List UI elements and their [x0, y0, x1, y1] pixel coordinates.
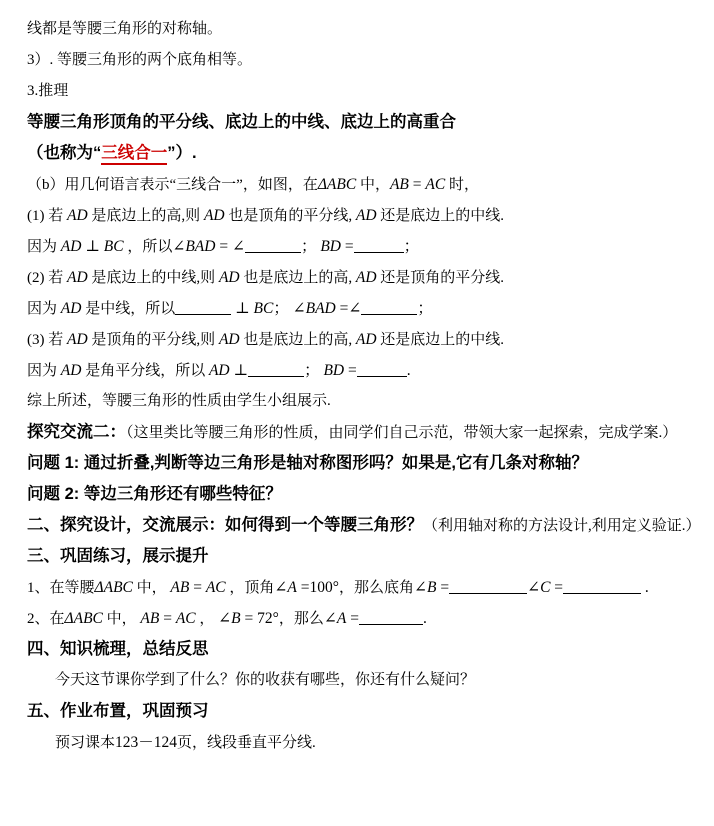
math-number-run: ； [404, 238, 420, 255]
math-variable-run: AD [209, 362, 230, 379]
document-body: 线都是等腰三角形的对称轴。3）. 等腰三角形的两个底角相等。3.推理等腰三角形顶… [27, 14, 704, 758]
line-property-3: 3）. 等腰三角形的两个底角相等。 [27, 45, 704, 76]
line-case-3: (3) 若 AD 是顶角的平分线,则 AD 也是底边上的高, AD 还是底边上的… [27, 324, 704, 355]
bold-heading-run: 二、探究设计，交流展示：如何得到一个等腰三角形？ [27, 516, 423, 534]
math-variable-run: BD [323, 362, 344, 379]
text-run: ，顶角 [226, 580, 275, 596]
text-run: 今天这节课你学到了什么？你的收获有哪些，你还有什么疑问？ [55, 672, 475, 688]
math-number-run: = [341, 238, 354, 255]
text-run: ，那么底角 [339, 580, 414, 596]
math-number-run: ⊥ [81, 238, 103, 255]
text-run: ， [196, 611, 219, 627]
math-number-run: ⊥ [230, 362, 248, 379]
line-case-2-because: 因为 AD 是中线，所以 ⊥ BC； ∠BAD =∠； [27, 293, 704, 324]
math-variable-run: ∠B [414, 579, 436, 596]
text-run: 3）. 等腰三角形的两个底角相等。 [27, 52, 252, 68]
text-run: 因为 [27, 301, 61, 317]
bold-heading-run: 等腰三角形顶角的平分线、底边上的中线、底边上的高重合 [27, 113, 456, 131]
text-run: (1) 若 [27, 208, 67, 224]
math-number-run: = [550, 579, 563, 596]
text-run: 因为 [27, 239, 61, 255]
line-section-3: 三、巩固练习，展示提升 [27, 541, 704, 572]
line-discussion-2: 探究交流二：（这里类比等腰三角形的性质，由同学们自己示范，带领大家一起探索，完成… [27, 417, 704, 448]
text-run: 还是底边上的中线. [377, 332, 505, 348]
text-run: 3.推理 [27, 83, 68, 99]
math-variable-run: AB [170, 579, 189, 596]
math-variable-run: AC [176, 610, 196, 627]
bold-heading-run: （也称为“ [27, 144, 101, 162]
line-geometric-language: （b）用几何语言表示“三线合一”，如图，在ΔABC 中，AB = AC 时， [27, 169, 704, 200]
document-page: 线都是等腰三角形的对称轴。3）. 等腰三角形的两个底角相等。3.推理等腰三角形顶… [0, 0, 714, 826]
line-summary: 综上所述，等腰三角形的性质由学生小组展示. [27, 386, 704, 417]
math-variable-run: ∠A [274, 579, 296, 596]
blank-underline-field [354, 237, 404, 253]
line-section-2: 二、探究设计，交流展示：如何得到一个等腰三角形？（利用轴对称的方法设计,利用定义… [27, 510, 704, 541]
math-number-run: = [159, 610, 176, 627]
line-homework: 预习课本123－124页，线段垂直平分线. [27, 727, 704, 758]
line-three-lines-in-one: （也称为“三线合一”）. [27, 138, 704, 169]
math-number-run: = ∠ [215, 238, 244, 255]
text-run: 中， [356, 177, 390, 193]
math-variable-run: AD [219, 331, 240, 348]
math-number-run: ； [301, 238, 320, 255]
line-case-1-because: 因为 AD ⊥ BC ，所以∠BAD = ∠； BD =； [27, 231, 704, 262]
math-number-run: = [189, 579, 206, 596]
math-variable-run: AB [140, 610, 159, 627]
math-variable-run: BD [320, 238, 341, 255]
math-number-run: . [423, 610, 427, 627]
text-run: (3) 若 [27, 332, 67, 348]
math-variable-run: AD [61, 362, 82, 379]
text-run: （b）用几何语言表示“三线合一”，如图，在 [27, 177, 318, 193]
text-run: 还是顶角的平分线. [377, 270, 505, 286]
math-number-run: . [407, 362, 411, 379]
text-run: 线都是等腰三角形的对称轴。 [27, 21, 222, 37]
text-run: 是角平分线，所以 [81, 363, 209, 379]
text-run: 中， [133, 580, 171, 596]
math-variable-run: AD [356, 331, 377, 348]
line-case-3-because: 因为 AD 是角平分线，所以 AD ⊥； BD =. [27, 355, 704, 386]
math-number-run: = [344, 362, 357, 379]
text-run: 也是底边上的高, [240, 332, 356, 348]
text-run: 也是底边上的高, [240, 270, 356, 286]
line-exercise-1: 1、在等腰ΔABC 中， AB = AC ，顶角∠A =100°，那么底角∠B … [27, 572, 704, 603]
math-variable-run: ∠A [324, 610, 346, 627]
math-variable-run: ∠BAD [293, 300, 336, 317]
math-number-run: ⊥ [231, 300, 253, 317]
math-number-run: ； [304, 362, 323, 379]
text-run: 也是顶角的平分线, [225, 208, 356, 224]
math-variable-run: AC [206, 579, 226, 596]
math-variable-run: AD [61, 300, 82, 317]
line-exercise-2: 2、在ΔABC 中， AB = AC ， ∠B = 72°，那么∠A =. [27, 603, 704, 634]
bold-heading-run: 五、作业布置，巩固预习 [27, 702, 209, 720]
line-case-1: (1) 若 AD 是底边上的高,则 AD 也是顶角的平分线, AD 还是底边上的… [27, 200, 704, 231]
line-section-5: 五、作业布置，巩固预习 [27, 696, 704, 727]
text-run: 预习课本 [55, 735, 115, 751]
line-symmetry-axis-tail: 线都是等腰三角形的对称轴。 [27, 14, 704, 45]
bold-heading-run: 三、巩固练习，展示提升 [27, 547, 209, 565]
math-variable-run: BC [254, 300, 274, 317]
blank-underline-field [248, 361, 304, 377]
math-variable-run: ΔABC [95, 579, 133, 596]
text-run: 是顶角的平分线,则 [88, 332, 219, 348]
math-variable-run: AB [390, 176, 409, 193]
line-section-4: 四、知识梳理，总结反思 [27, 634, 704, 665]
blank-underline-field [361, 299, 417, 315]
math-number-run: = [436, 579, 449, 596]
math-variable-run: BC [104, 238, 124, 255]
blank-underline-field [449, 578, 527, 594]
text-run: 是底边上的中线,则 [88, 270, 219, 286]
text-run: 是中线，所以 [81, 301, 175, 317]
line-reflection: 今天这节课你学到了什么？你的收获有哪些，你还有什么疑问？ [27, 665, 704, 696]
bold-heading-run: 问题 2: 等边三角形还有哪些特征？ [27, 485, 282, 503]
text-run: 1、在等腰 [27, 580, 95, 596]
text-run: 还是底边上的中线. [377, 208, 505, 224]
text-run: ，所以 [124, 239, 173, 255]
text-run: 时， [445, 177, 479, 193]
blank-underline-field [563, 578, 641, 594]
blank-underline-field [357, 361, 407, 377]
text-run: ，那么 [279, 611, 324, 627]
text-run: 中， [103, 611, 141, 627]
text-run: （利用轴对称的方法设计,利用定义验证.） [423, 518, 701, 534]
line-theorem-heading: 等腰三角形顶角的平分线、底边上的中线、底边上的高重合 [27, 107, 704, 138]
math-variable-run: ∠C [527, 579, 550, 596]
line-question-1: 问题 1: 通过折叠,判断等边三角形是轴对称图形吗？如果是,它有几条对称轴？ [27, 448, 704, 479]
line-case-2: (2) 若 AD 是底边上的中线,则 AD 也是底边上的高, AD 还是顶角的平… [27, 262, 704, 293]
line-question-2: 问题 2: 等边三角形还有哪些特征？ [27, 479, 704, 510]
math-number-run: = [346, 610, 359, 627]
math-variable-run: AD [219, 269, 240, 286]
math-variable-run: ΔABC [65, 610, 103, 627]
math-number-run: = 72° [241, 610, 279, 627]
text-run: 是底边上的高,则 [88, 208, 204, 224]
math-variable-run: AD [67, 269, 88, 286]
red-underline-highlight: 三线合一 [101, 144, 167, 165]
math-number-run: 123－124 [115, 734, 177, 751]
math-number-run: =100° [297, 579, 339, 596]
math-variable-run: ∠BAD [172, 238, 215, 255]
math-number-run: ； [417, 300, 433, 317]
math-variable-run: ΔABC [318, 176, 356, 193]
math-number-run: = [409, 176, 426, 193]
math-number-run: . [641, 579, 649, 596]
bold-heading-run: ”）. [167, 144, 196, 162]
text-run: 2、在 [27, 611, 65, 627]
math-variable-run: AD [356, 207, 377, 224]
math-variable-run: AD [204, 207, 225, 224]
blank-underline-field [175, 299, 231, 315]
math-variable-run: AD [356, 269, 377, 286]
text-run: 因为 [27, 363, 61, 379]
text-run: (2) 若 [27, 270, 67, 286]
text-run: 综上所述，等腰三角形的性质由学生小组展示. [27, 393, 331, 409]
math-number-run: ； [273, 300, 289, 317]
math-variable-run: AD [61, 238, 82, 255]
blank-underline-field [245, 237, 301, 253]
text-run: （这里类比等腰三角形的性质，由同学们自己示范，带领大家一起探索，完成学案.） [126, 425, 677, 441]
bold-heading-run: 问题 1: 通过折叠,判断等边三角形是轴对称图形吗？如果是,它有几条对称轴？ [27, 454, 588, 472]
bold-heading-run: 探究交流二： [27, 423, 126, 441]
math-number-run: =∠ [336, 300, 362, 317]
line-section-reasoning: 3.推理 [27, 76, 704, 107]
math-variable-run: ∠B [218, 610, 240, 627]
bold-heading-run: 四、知识梳理，总结反思 [27, 640, 209, 658]
math-variable-run: AC [425, 176, 445, 193]
text-run: 页，线段垂直平分线. [177, 735, 316, 751]
math-variable-run: AD [67, 331, 88, 348]
blank-underline-field [359, 609, 423, 625]
math-variable-run: AD [67, 207, 88, 224]
